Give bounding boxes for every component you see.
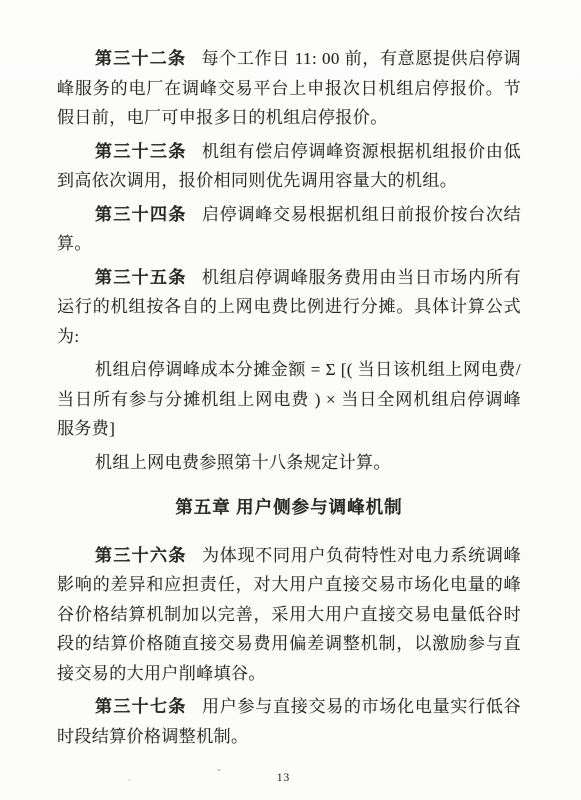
- article-paragraph-36: 第三十六条为体现不同用户负荷特性对电力系统调峰影响的差异和应担责任，对大用户直接…: [57, 541, 521, 689]
- article-paragraph-32: 第三十二条每个工作日 11: 00 前，有意愿提供启停调峰服务的电厂在调峰交易平…: [57, 44, 521, 133]
- scan-speck: [217, 769, 221, 771]
- formula-paragraph: 机组启停调峰成本分摊金额 = Σ [( 当日该机组上网电费/当日所有参与分摊机组…: [57, 355, 521, 444]
- article-body: 为体现不同用户负荷特性对电力系统调峰影响的差异和应担责任，对大用户直接交易市场化…: [57, 546, 521, 683]
- formula-note-paragraph: 机组上网电费参照第十八条规定计算。: [57, 448, 521, 478]
- article-number: 第三十六条: [95, 546, 187, 565]
- article-paragraph-37: 第三十七条用户参与直接交易的市场化电量实行低谷时段结算价格调整机制。: [57, 692, 521, 751]
- chapter-heading: 第五章 用户侧参与调峰机制: [57, 493, 521, 523]
- article-paragraph-34: 第三十四条启停调峰交易根据机组日前报价按台次结算。: [57, 200, 521, 259]
- page-number: 13: [0, 772, 567, 784]
- article-number: 第三十四条: [95, 205, 187, 224]
- article-paragraph-35: 第三十五条机组启停调峰服务费用由当日市场内所有运行的机组按各自的上网电费比例进行…: [57, 263, 521, 352]
- page-content: 第三十二条每个工作日 11: 00 前，有意愿提供启停调峰服务的电厂在调峰交易平…: [57, 44, 521, 755]
- article-number: 第三十五条: [95, 268, 187, 287]
- article-number: 第三十三条: [95, 142, 187, 161]
- article-paragraph-33: 第三十三条机组有偿启停调峰资源根据机组报价由低到高依次调用，报价相同则优先调用容…: [57, 137, 521, 196]
- article-number: 第三十七条: [95, 697, 187, 716]
- article-number: 第三十二条: [95, 49, 186, 68]
- scan-speck: [128, 779, 131, 781]
- scanned-document-page: 第三十二条每个工作日 11: 00 前，有意愿提供启停调峰服务的电厂在调峰交易平…: [0, 0, 581, 800]
